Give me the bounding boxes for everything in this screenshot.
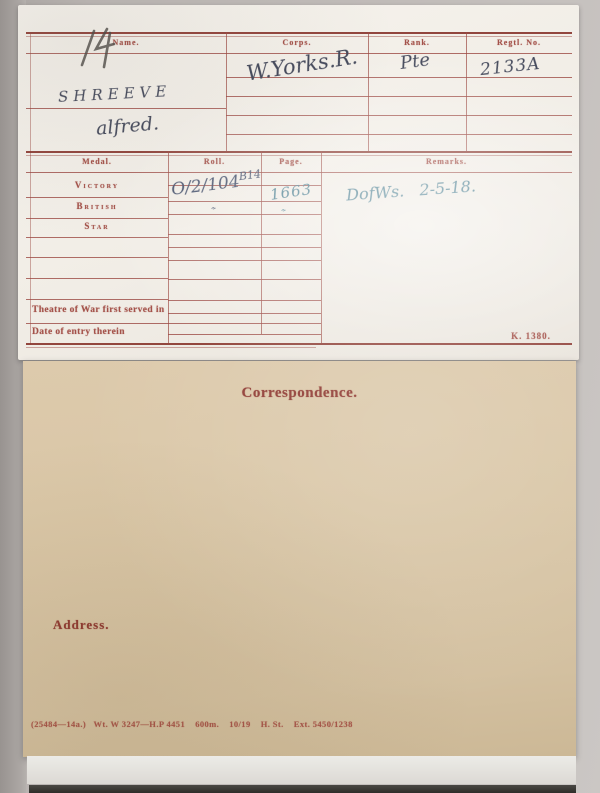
forename-handwriting: alfred. [95,112,160,139]
rule-line [26,172,572,173]
rule-line [26,155,572,156]
rule-line [26,299,168,300]
rule-line [26,237,168,238]
rule-line [168,201,321,202]
rule-line [168,279,321,280]
medal-index-card: Name. Corps. Rank. Regtl. No. SHREEVE al… [18,5,579,360]
correspondence-title: Correspondence. [23,385,576,402]
rule-line [226,96,572,97]
rule-line [168,247,321,248]
rule-line [226,115,572,116]
medal-column-header: Medal. [26,157,168,166]
pencil-tick-mark-icon [74,23,122,75]
paper-sheen [23,361,576,757]
rule-line [26,218,168,219]
page-column-header: Page. [261,157,321,166]
roll-ditto-mark: ″ [208,205,217,220]
rule-line [26,151,572,153]
remarks-column-header: Remarks. [321,157,572,166]
rule-line [26,197,168,198]
rule-line [26,278,168,279]
rule-line [168,214,321,215]
corps-handwriting: W.Yorks.R. [245,44,359,85]
roll-column-header: Roll. [168,157,261,166]
form-number: K. 1380. [496,331,566,341]
scanned-medal-index-card-photo: Name. Corps. Rank. Regtl. No. SHREEVE al… [0,0,600,793]
rule-line [26,323,321,324]
rule-line [368,32,369,151]
correspondence-card: Correspondence. Address. (25484—14a.) Wt… [23,361,576,757]
roll-value-superscript: B14 [238,168,262,184]
rule-line [26,257,168,258]
remarks-handwriting: DofWs. 2-5-18. [345,176,476,204]
rule-line [466,32,467,151]
print-code-footer: (25484—14a.) Wt. W 3247—H.P 4451 600m. 1… [31,719,353,729]
rule-line [321,151,322,343]
regtl-no-column-header: Regtl. No. [466,38,572,47]
rule-line [168,300,321,301]
address-label: Address. [53,617,110,633]
rule-line [168,260,321,261]
medal-row-british-label: British [26,201,168,211]
date-of-entry-label: Date of entry therein [32,327,222,337]
theatre-of-war-label: Theatre of War first served in [32,305,222,315]
medal-row-victory-label: Victory [26,180,168,190]
rule-line [26,108,226,109]
rank-column-header: Rank. [368,38,466,47]
rule-line [168,234,321,235]
rule-line [226,134,572,135]
underlying-card-edge [27,756,576,784]
medal-row-star-label: Star [26,221,168,231]
roll-value-main: O/2/104 [170,172,241,200]
surname-handwriting: SHREEVE [58,82,172,106]
rule-line [26,347,316,348]
name-column-header: Name. [26,38,226,47]
bottom-dark-edge [29,785,576,793]
rule-line [26,343,572,345]
rank-handwriting: Pte [399,49,432,74]
rule-line [226,32,227,151]
